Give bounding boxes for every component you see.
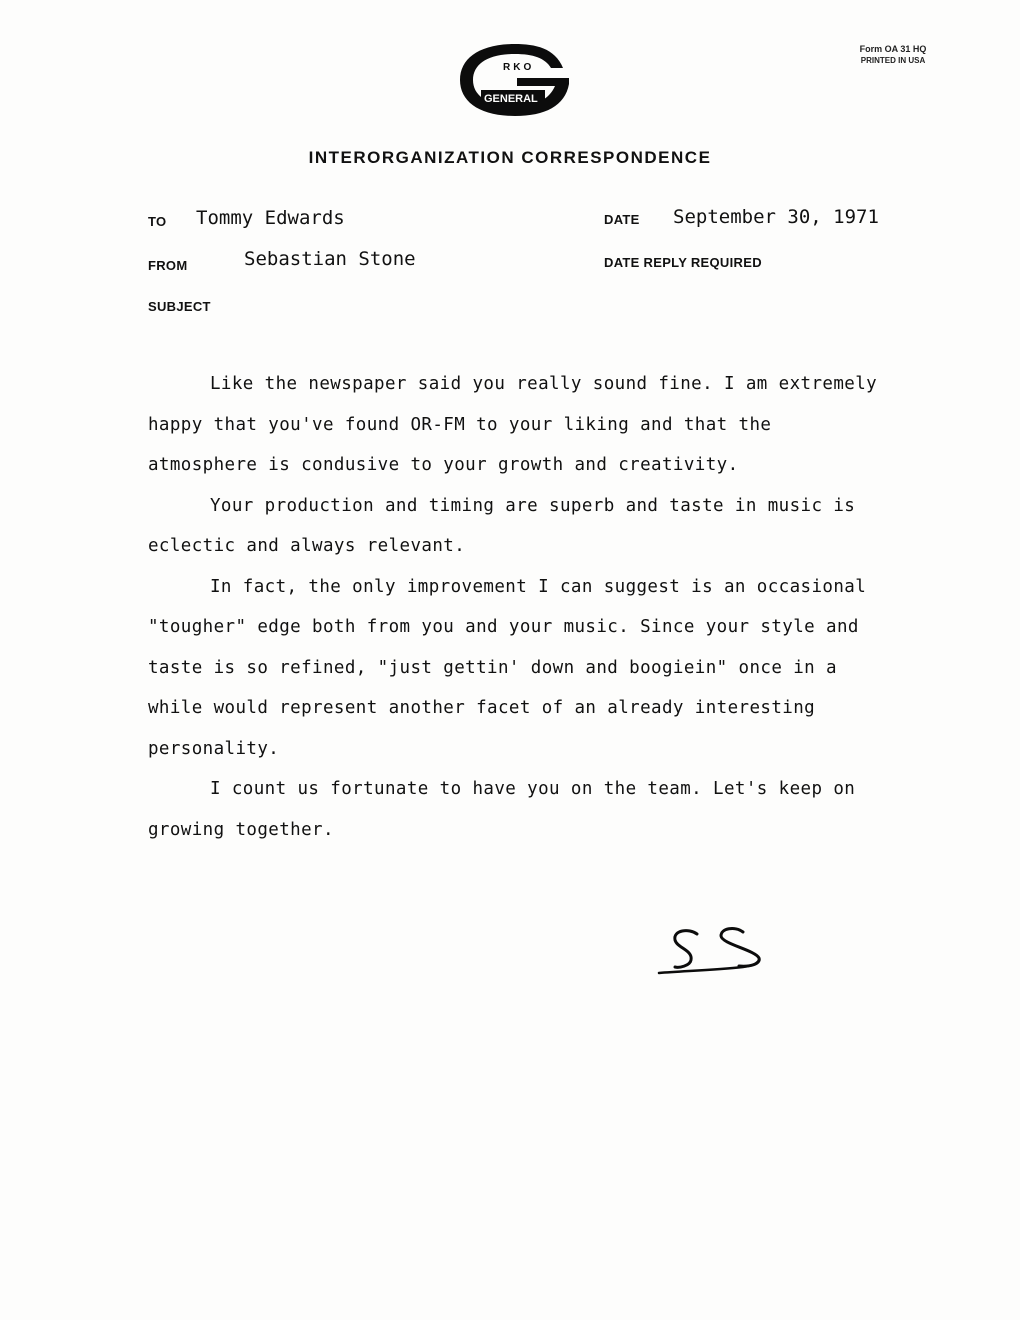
form-number: Form OA 31 HQ (828, 44, 958, 55)
subject-label: SUBJECT (148, 299, 211, 314)
date-value: September 30, 1971 (673, 206, 879, 228)
from-label: FROM (148, 258, 187, 273)
from-value: Sebastian Stone (244, 248, 416, 270)
body-paragraph: Your production and timing are superb an… (148, 486, 888, 567)
handwritten-signature-icon (655, 920, 770, 980)
body-paragraph: In fact, the only improvement I can sugg… (148, 567, 888, 770)
signature-initials (655, 920, 770, 980)
date-reply-label: DATE REPLY REQUIRED (604, 255, 762, 270)
to-label: TO (148, 214, 166, 229)
rko-general-logo: RKO GENERAL (455, 40, 580, 120)
svg-text:GENERAL: GENERAL (484, 93, 538, 105)
form-code: Form OA 31 HQ PRINTED IN USA (828, 44, 958, 66)
body-paragraph: I count us fortunate to have you on the … (148, 769, 888, 850)
document-title: INTERORGANIZATION CORRESPONDENCE (0, 148, 1020, 168)
to-value: Tommy Edwards (196, 207, 345, 229)
date-label: DATE (604, 212, 640, 227)
svg-text:RKO: RKO (503, 62, 534, 73)
body-paragraph: Like the newspaper said you really sound… (148, 364, 888, 486)
printed-in-label: PRINTED IN USA (828, 55, 958, 66)
letter-body: Like the newspaper said you really sound… (148, 364, 888, 850)
